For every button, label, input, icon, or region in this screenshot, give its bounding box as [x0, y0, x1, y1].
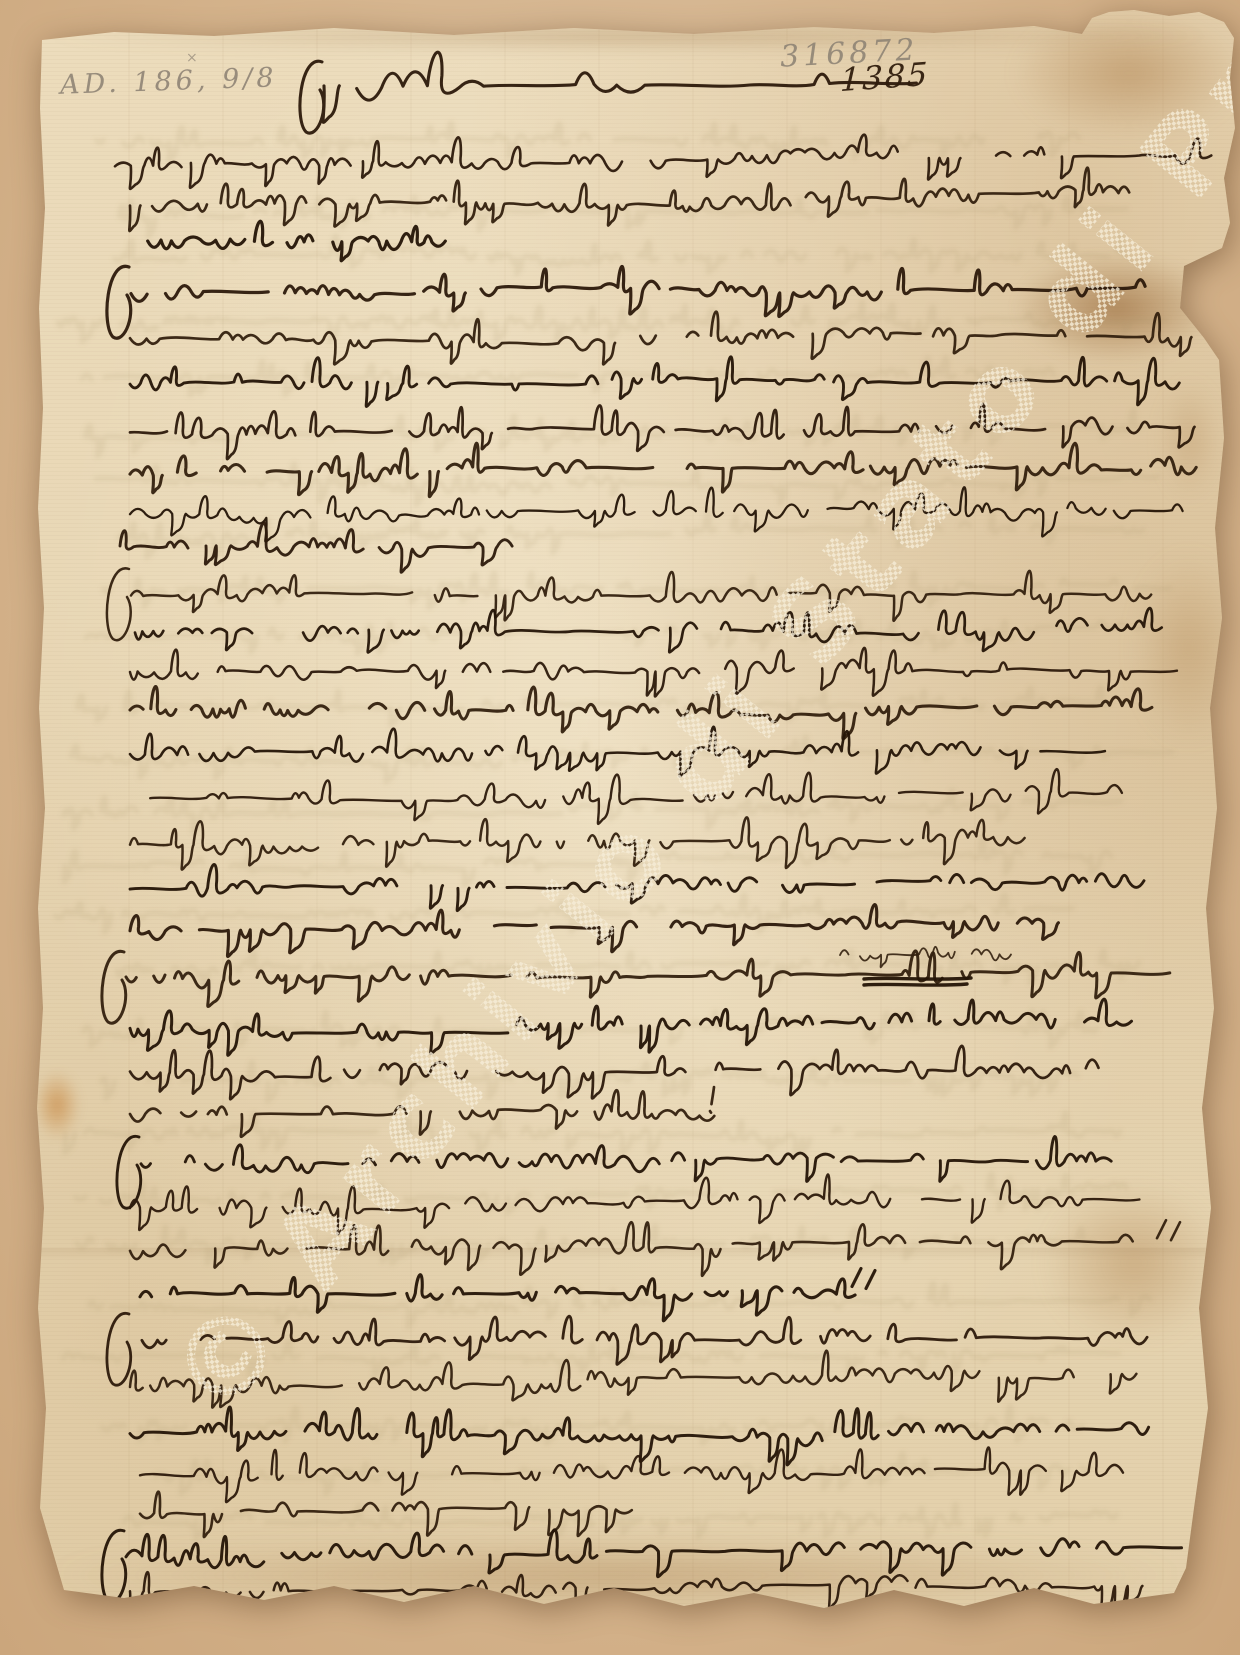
- handwritten-line: [130, 1174, 1139, 1234]
- handwritten-line: [135, 608, 1162, 652]
- paper-shadow: AD. 186, 9/8 × 316872 1385 © Archivio di…: [0, 0, 1240, 1655]
- handwritten-line: [107, 1313, 1147, 1385]
- handwritten-line: [130, 864, 1144, 910]
- handwritten-line: [102, 951, 1170, 1023]
- handwritten-line: [120, 523, 512, 572]
- handwritten-line: [130, 648, 1177, 697]
- manuscript-page: AD. 186, 9/8 × 316872 1385 © Archivio di…: [34, 8, 1238, 1628]
- strikethrough-correction: [864, 978, 971, 979]
- pencil-archival-reference: AD. 186, 9/8: [60, 62, 278, 101]
- pencil-caret-mark: ×: [186, 50, 198, 66]
- archive-watermark: © Archivio di Stato di Prato: [153, 0, 1240, 1434]
- handwritten-line: [129, 1572, 1142, 1613]
- stain-bottom-band: [44, 1538, 1184, 1613]
- heading-year: 1385: [839, 55, 930, 99]
- handwritten-line: [129, 168, 1170, 231]
- scan-background: AD. 186, 9/8 × 316872 1385 © Archivio di…: [0, 0, 1240, 1655]
- handwritten-line: [140, 1269, 875, 1321]
- handwriting-ink-layer: [102, 52, 1211, 1613]
- strikethrough-correction: [864, 984, 967, 985]
- handwritten-line: [130, 487, 1183, 541]
- handwritten-line: [117, 1136, 1111, 1208]
- handwritten-line: [102, 1530, 1182, 1602]
- stain-right-notch: [1014, 253, 1219, 363]
- handwritten-line: [130, 727, 1105, 777]
- fold-crease: [34, 1248, 1238, 1260]
- verso-showthrough-layer: [55, 123, 1172, 1540]
- handwritten-line: [148, 221, 446, 260]
- handwritten-line: [130, 1087, 714, 1137]
- stain-left-edge: [34, 1070, 80, 1140]
- handwritten-line: [107, 266, 1145, 338]
- stain-right-small: [1160, 380, 1220, 500]
- handwritten-line: [140, 1447, 1123, 1502]
- handwritten-line: [115, 135, 1211, 189]
- handwritten-line: [130, 1046, 1099, 1099]
- handwritten-line: [130, 404, 1195, 459]
- handwritten-line: [130, 817, 1025, 869]
- handwritten-line: [140, 1492, 632, 1537]
- handwritten-line: [130, 1351, 1136, 1408]
- handwritten-line: [150, 769, 1122, 824]
- handwritten-line: [130, 312, 1191, 365]
- stain-top-right: [1014, 8, 1240, 138]
- handwritten-line: [130, 1407, 1149, 1465]
- interlinear-insertion: [840, 947, 1011, 968]
- handwritten-line: [130, 357, 1179, 407]
- handwriting-layer: [0, 0, 1240, 1655]
- stain-top-band: [38, 22, 1218, 50]
- handwritten-line: [107, 568, 1151, 640]
- handwritten-line: [130, 443, 1196, 496]
- handwritten-line: [130, 905, 1058, 957]
- stain-right-middle: [1134, 553, 1240, 743]
- handwritten-line: [130, 687, 1152, 739]
- handwritten-line: [130, 999, 1132, 1055]
- stain-bottom-right: [1044, 1183, 1224, 1343]
